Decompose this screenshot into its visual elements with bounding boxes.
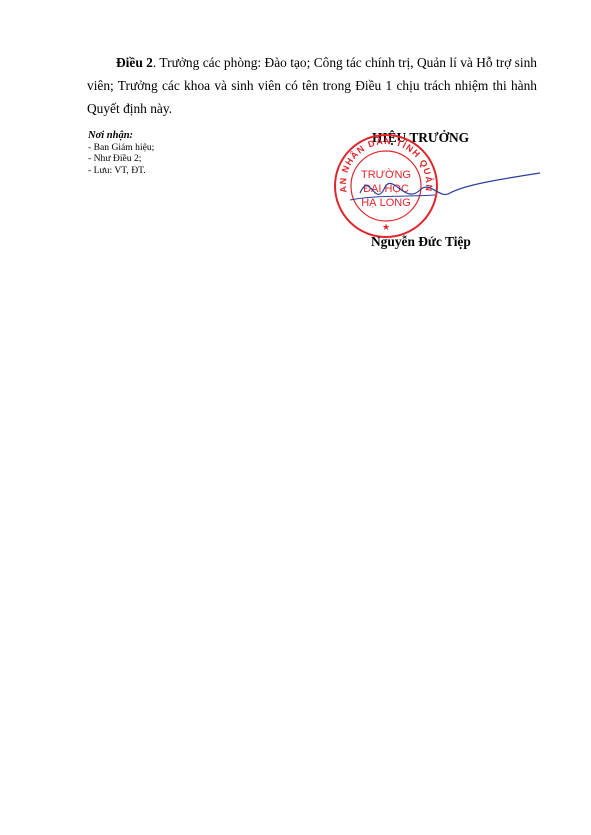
recipients-block: Nơi nhận: - Ban Giám hiệu; - Như Điều 2;… bbox=[88, 130, 154, 176]
recipient-item: - Lưu: VT, ĐT. bbox=[88, 165, 154, 177]
article-label: Điều 2 bbox=[116, 55, 153, 70]
signer-name: Nguyễn Đức Tiệp bbox=[371, 234, 471, 250]
article-text: . Trưởng các phòng: Đào tạo; Công tác ch… bbox=[87, 55, 537, 116]
recipient-item: - Ban Giám hiệu; bbox=[88, 142, 154, 154]
recipients-title: Nơi nhận: bbox=[88, 130, 154, 142]
svg-text:★: ★ bbox=[382, 222, 390, 232]
handwritten-signature-icon bbox=[345, 165, 545, 215]
recipient-item: - Như Điều 2; bbox=[88, 153, 154, 165]
article-2-paragraph: Điều 2. Trưởng các phòng: Đào tạo; Công … bbox=[87, 51, 537, 120]
